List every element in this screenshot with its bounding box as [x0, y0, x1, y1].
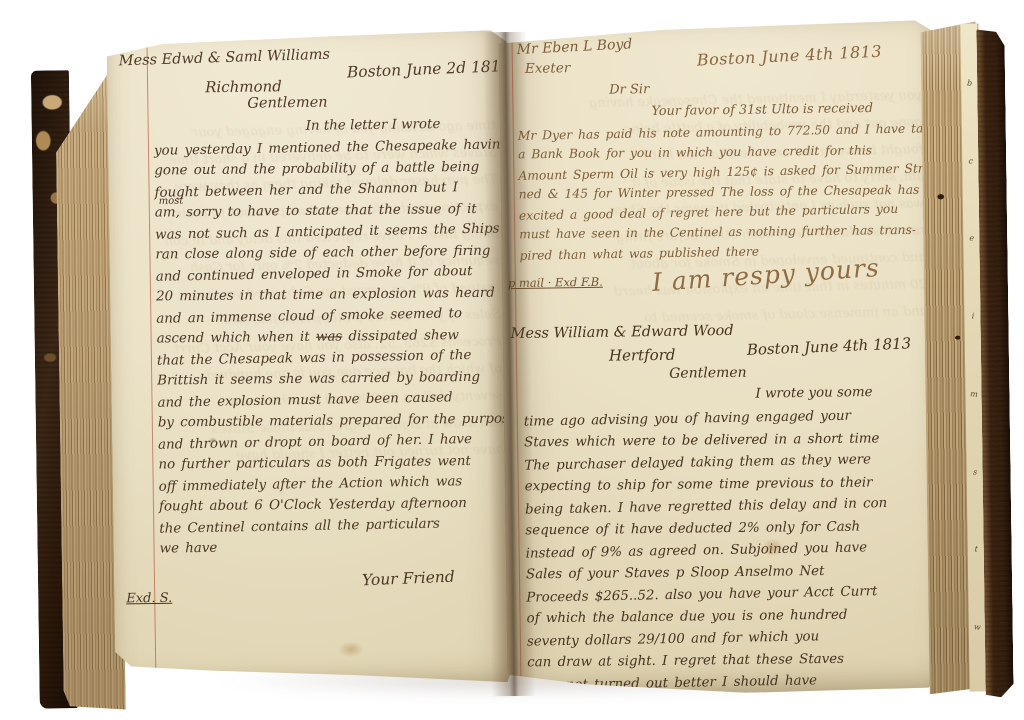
- index-tab-letter: b: [961, 79, 979, 89]
- letter1-dateline: Boston June 4th 1813: [696, 42, 882, 70]
- letter1-salutation: Dr Sir: [609, 82, 649, 98]
- signature-line: Your Friend: [362, 568, 455, 590]
- ledger-letterbook: time ago advising you of having engaged …: [20, 9, 1008, 715]
- letter2-address-place: Hertford: [609, 346, 676, 365]
- letter2-opening-phrase: I wrote you some: [755, 385, 872, 402]
- letter2-body: time ago advising you of having engaged …: [524, 409, 890, 696]
- letter-opening-phrase: In the letter I wrote: [306, 117, 441, 134]
- letter-salutation: Gentlemen: [247, 95, 327, 112]
- letter-body-part1: you yesterday I mentioned the Chesapeake…: [154, 138, 516, 332]
- inserted-word-above-line: most: [159, 196, 184, 207]
- index-tab-letter: w: [968, 623, 986, 633]
- index-tab-letter: c: [962, 157, 980, 167]
- letter-address-place: Richmond: [205, 77, 282, 96]
- letter1-address-place: Exeter: [525, 60, 571, 77]
- index-tab-letter: i: [964, 312, 982, 322]
- paper-stain: [333, 638, 369, 661]
- examined-mark: Exd. S.: [126, 591, 172, 607]
- margin-note: p mail · Exd F.B.: [508, 275, 603, 290]
- letter-body: you yesterday I mentioned the Chesapeake…: [154, 138, 516, 563]
- struck-word: was: [316, 329, 342, 344]
- index-tab-letter: e: [963, 234, 981, 244]
- letter2-addressee: Mess William & Edward Wood: [510, 323, 733, 342]
- line-segment: ascend which when it: [157, 330, 316, 347]
- letter1-body: Mr Dyer has paid his note amounting to 7…: [518, 122, 942, 268]
- index-tab-letter: m: [965, 390, 983, 400]
- line-segment: dissipated shew: [342, 328, 459, 344]
- index-tab-letter: t: [967, 545, 985, 555]
- index-tab-letter: s: [966, 467, 984, 477]
- letter2-salutation: Gentlemen: [669, 365, 747, 382]
- letter1-opening-phrase: Your favor of 31st Ulto is received: [651, 101, 873, 119]
- letter-addressee: Mess Edwd & Saml Williams: [119, 47, 331, 70]
- letter2-dateline: Boston June 4th 1813: [747, 334, 912, 359]
- letter1-addressee: Mr Eben L Boyd: [516, 36, 632, 58]
- left-page: time ago advising you of having engaged …: [106, 30, 515, 688]
- letter-body-part2: that the Chesapeak was in possession of …: [157, 348, 516, 563]
- right-page: you yesterday I mentioned the Chesapeake…: [498, 20, 941, 696]
- red-margin-rule: [146, 41, 156, 681]
- handwritten-line: we have: [159, 537, 515, 562]
- letter-dateline: Boston June 2d 1813: [347, 57, 511, 82]
- photo-background: time ago advising you of having engaged …: [0, 0, 1024, 720]
